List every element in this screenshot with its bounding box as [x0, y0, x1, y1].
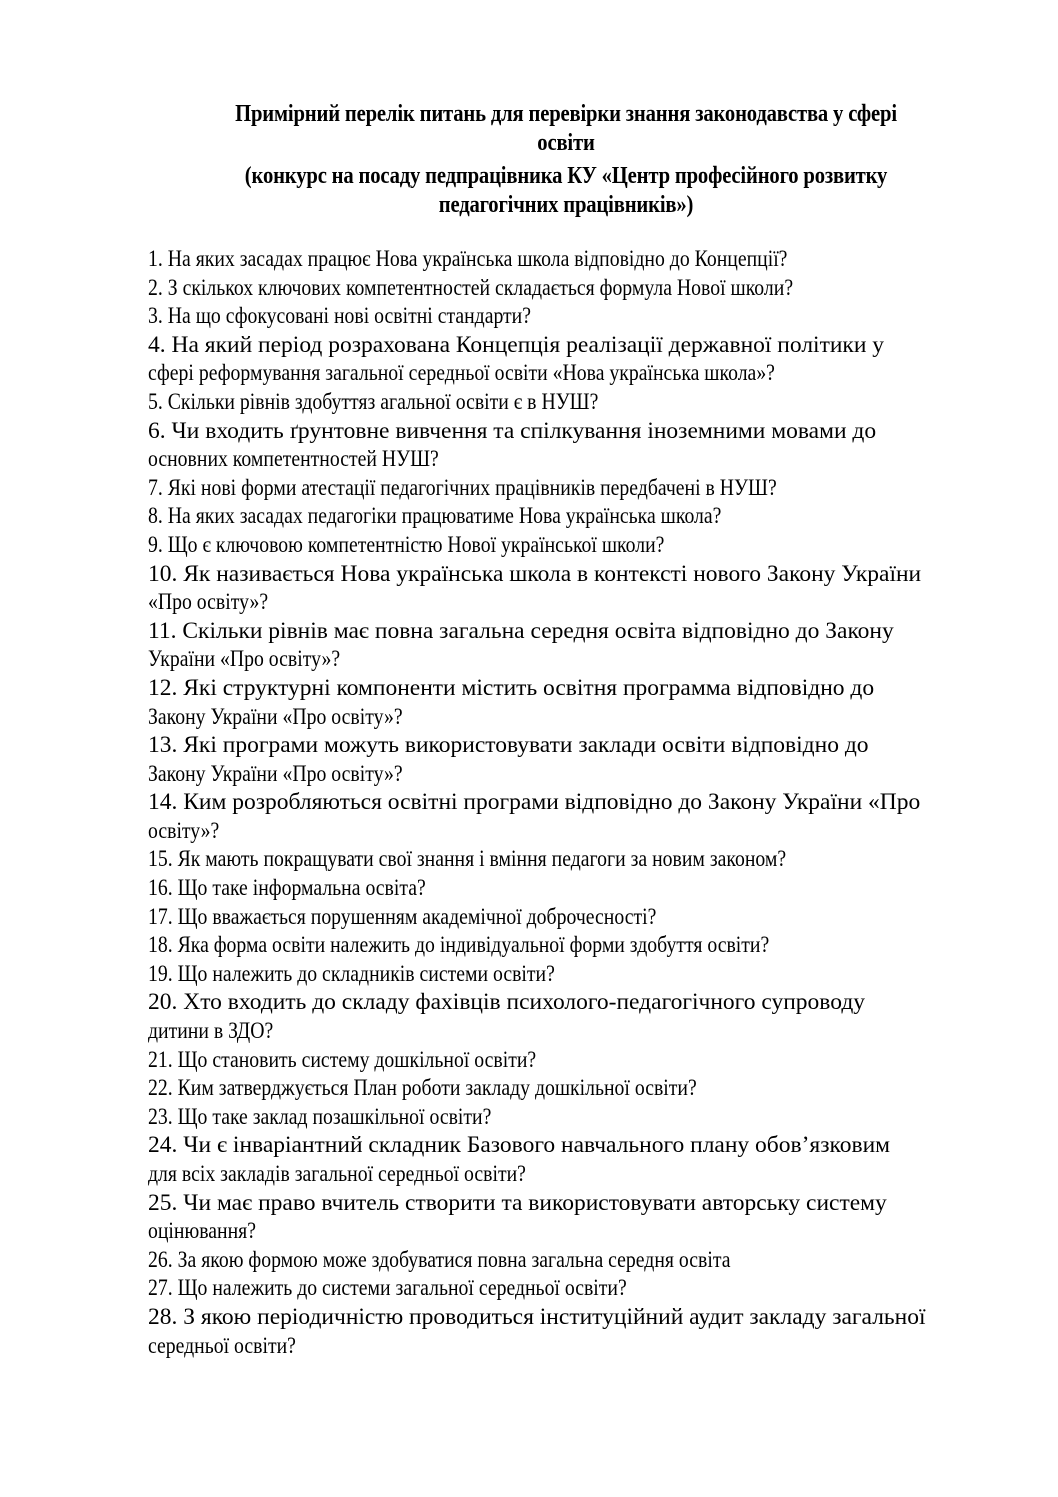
question-line: 7. Які нові форми атестації педагогічних…: [148, 474, 849, 503]
question-item: 8. На яких засадах педагогіки працюватим…: [148, 502, 982, 531]
question-line: 14. Ким розробляються освітні програми в…: [148, 788, 982, 817]
question-item: 13. Які програми можуть використовувати …: [148, 731, 982, 788]
question-line: 28. З якою періодичністю проводиться інс…: [148, 1303, 982, 1332]
question-line: 17. Що вважається порушенням академічної…: [148, 903, 849, 932]
question-item: 23. Що таке заклад позашкільної освіти?: [148, 1103, 982, 1132]
question-item: 7. Які нові форми атестації педагогічних…: [148, 474, 982, 503]
question-item: 4. На який період розрахована Концепція …: [148, 331, 982, 388]
question-line: середньої освіти?: [148, 1332, 849, 1361]
question-item: 24. Чи є інваріантний складник Базового …: [148, 1131, 982, 1188]
question-item: 10. Як називається Нова українська школа…: [148, 560, 982, 617]
question-line: дитини в ЗДО?: [148, 1017, 849, 1046]
question-item: 28. З якою періодичністю проводиться інс…: [148, 1303, 982, 1360]
question-line: для всіх закладів загальної середньої ос…: [148, 1160, 849, 1189]
question-line: 6. Чи входить ґрунтовне вивчення та спіл…: [148, 417, 982, 446]
question-line: основних компетентностей НУШ?: [148, 445, 849, 474]
subtitle-line: (конкурс на посаду педпрацівника КУ «Цен…: [200, 162, 933, 191]
question-line: 25. Чи має право вчитель створити та вик…: [148, 1189, 982, 1218]
question-item: 6. Чи входить ґрунтовне вивчення та спіл…: [148, 417, 982, 474]
question-line: 5. Скільки рівнів здобуттяз агальної осв…: [148, 388, 849, 417]
question-line: 9. Що є ключовою компетентністю Нової ук…: [148, 531, 849, 560]
question-line: 12. Які структурні компоненти містить ос…: [148, 674, 982, 703]
question-line: 23. Що таке заклад позашкільної освіти?: [148, 1103, 849, 1132]
question-line: 26. За якою формою може здобуватися повн…: [148, 1246, 849, 1275]
question-line: 24. Чи є інваріантний складник Базового …: [148, 1131, 982, 1160]
question-item: 12. Які структурні компоненти містить ос…: [148, 674, 982, 731]
question-item: 19. Що належить до складників системи ос…: [148, 960, 982, 989]
subtitle-line: педагогічних працівників»): [200, 191, 933, 220]
question-line: 27. Що належить до системи загальної сер…: [148, 1274, 849, 1303]
question-line: 18. Яка форма освіти належить до індивід…: [148, 931, 849, 960]
question-item: 25. Чи має право вчитель створити та вик…: [148, 1189, 982, 1246]
question-item: 22. Ким затверджується План роботи закла…: [148, 1074, 982, 1103]
question-item: 27. Що належить до системи загальної сер…: [148, 1274, 982, 1303]
question-line: 19. Що належить до складників системи ос…: [148, 960, 849, 989]
question-item: 9. Що є ключовою компетентністю Нової ук…: [148, 531, 982, 560]
question-item: 3. На що сфокусовані нові освітні станда…: [148, 302, 982, 331]
question-item: 11. Скільки рівнів має повна загальна се…: [148, 617, 982, 674]
question-item: 20. Хто входить до складу фахівців психо…: [148, 988, 982, 1045]
question-line: 20. Хто входить до складу фахівців психо…: [148, 988, 982, 1017]
question-line: 13. Які програми можуть використовувати …: [148, 731, 982, 760]
question-line: 15. Як мають покращувати свої знання і в…: [148, 845, 849, 874]
question-item: 26. За якою формою може здобуватися повн…: [148, 1246, 982, 1275]
document-page: Примірний перелік питань для перевірки з…: [0, 0, 1058, 1497]
question-item: 2. З скількох ключових компетентностей с…: [148, 274, 982, 303]
question-item: 18. Яка форма освіти належить до індивід…: [148, 931, 982, 960]
document-title: Примірний перелік питань для перевірки з…: [200, 100, 933, 220]
question-line: 1. На яких засадах працює Нова українськ…: [148, 245, 849, 274]
question-line: 4. На який період розрахована Концепція …: [148, 331, 982, 360]
question-list: 1. На яких засадах працює Нова українськ…: [148, 245, 982, 1360]
question-item: 15. Як мають покращувати свої знання і в…: [148, 845, 982, 874]
question-line: оцінювання?: [148, 1217, 849, 1246]
question-line: 10. Як називається Нова українська школа…: [148, 560, 982, 589]
question-item: 16. Що таке інформальна освіта?: [148, 874, 982, 903]
question-line: Закону України «Про освіту»?: [148, 760, 849, 789]
title-line: освіти: [200, 129, 933, 158]
question-item: 14. Ким розробляються освітні програми в…: [148, 788, 982, 845]
question-line: «Про освіту»?: [148, 588, 849, 617]
title-line: Примірний перелік питань для перевірки з…: [200, 100, 933, 129]
question-line: освіту»?: [148, 817, 849, 846]
question-item: 21. Що становить систему дошкільної осві…: [148, 1046, 982, 1075]
question-line: 22. Ким затверджується План роботи закла…: [148, 1074, 849, 1103]
question-item: 5. Скільки рівнів здобуттяз агальної осв…: [148, 388, 982, 417]
question-line: 16. Що таке інформальна освіта?: [148, 874, 849, 903]
question-line: 3. На що сфокусовані нові освітні станда…: [148, 302, 849, 331]
question-item: 1. На яких засадах працює Нова українськ…: [148, 245, 982, 274]
question-line: сфері реформування загальної середньої о…: [148, 359, 849, 388]
question-line: 21. Що становить систему дошкільної осві…: [148, 1046, 849, 1075]
question-line: 8. На яких засадах педагогіки працюватим…: [148, 502, 849, 531]
question-line: 11. Скільки рівнів має повна загальна се…: [148, 617, 982, 646]
question-item: 17. Що вважається порушенням академічної…: [148, 903, 982, 932]
question-line: Закону України «Про освіту»?: [148, 703, 849, 732]
question-line: 2. З скількох ключових компетентностей с…: [148, 274, 849, 303]
question-line: України «Про освіту»?: [148, 645, 849, 674]
